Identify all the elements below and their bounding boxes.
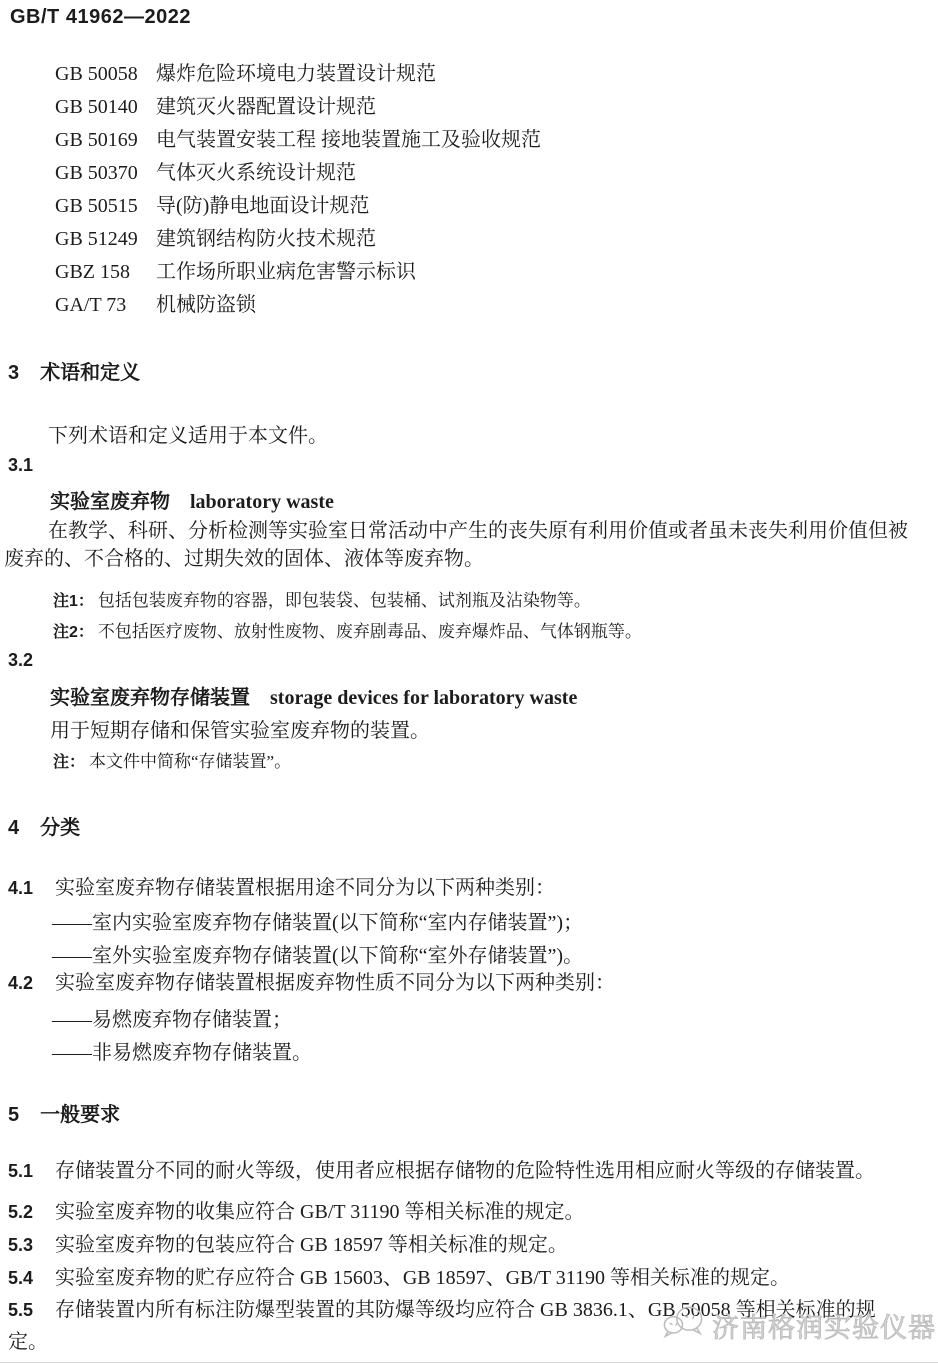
section-number: 3	[8, 362, 19, 385]
clause-number: 5.1	[8, 1161, 33, 1181]
list-item-flammable: ——易燃废弃物存储装置；	[52, 1003, 292, 1032]
reference-row: GA/T 73 机械防盗锁	[55, 289, 541, 322]
reference-code: GB 51249	[55, 223, 151, 256]
term-heading-3-2: 实验室废弃物存储装置storage devices for laboratory…	[50, 681, 577, 710]
reference-title: 导(防)静电地面设计规范	[156, 195, 369, 217]
reference-code: GA/T 73	[55, 289, 151, 322]
term-en: laboratory waste	[190, 491, 334, 513]
reference-title: 气体灭火系统设计规范	[156, 162, 356, 184]
normative-references-list: GB 50058 爆炸危险环境电力装置设计规范 GB 50140 建筑灭火器配置…	[55, 58, 541, 322]
reference-code: GBZ 158	[55, 256, 151, 289]
list-item-outdoor: ——室外实验室废弃物存储装置(以下简称“室外存储装置”)。	[52, 939, 583, 968]
reference-row: GB 50370 气体灭火系统设计规范	[55, 157, 541, 190]
section-number: 5	[8, 1104, 19, 1127]
term-zh: 实验室废弃物	[50, 491, 170, 513]
clause-5-2: 5.2实验室废弃物的收集应符合 GB/T 31190 等相关标准的规定。	[8, 1196, 930, 1228]
clause-text: 存储装置分不同的耐火等级，使用者应根据存储物的危险特性选用相应耐火等级的存储装置…	[55, 1160, 875, 1182]
reference-title: 建筑钢结构防火技术规范	[156, 228, 376, 250]
clause-5-3: 5.3实验室废弃物的包装应符合 GB 18597 等相关标准的规定。	[8, 1229, 930, 1261]
reference-code: GB 50515	[55, 190, 151, 223]
reference-row: GB 50515 导(防)静电地面设计规范	[55, 190, 541, 223]
note-2: 注2：不包括医疗废物、放射性废物、废弃剧毒品、废弃爆炸品、气体钢瓶等。	[53, 617, 642, 642]
term-definition-3-1: 在教学、科研、分析检测等实验室日常活动中产生的丧失原有利用价值或者虽未丧失利用价…	[4, 517, 914, 573]
clause-number: 5.2	[8, 1202, 33, 1222]
clause-text: 实验室废弃物的收集应符合 GB/T 31190 等相关标准的规定。	[55, 1201, 584, 1223]
note-label: 注2：	[53, 624, 94, 641]
section-number: 4	[8, 817, 19, 840]
clause-text: 实验室废弃物的包装应符合 GB 18597 等相关标准的规定。	[55, 1234, 568, 1256]
reference-title: 电气装置安装工程 接地装置施工及验收规范	[156, 129, 541, 151]
note-label: 注：	[53, 754, 85, 771]
watermark-text: 济南格润实验仪器	[712, 1306, 936, 1345]
term-en: storage devices for laboratory waste	[270, 687, 577, 709]
section-title: 术语和定义	[40, 362, 140, 384]
section-heading-classification: 4分类	[8, 811, 80, 840]
term-heading-3-1: 实验室废弃物laboratory waste	[50, 485, 334, 514]
note-1: 注1：包括包装废弃物的容器，即包装袋、包装桶、试剂瓶及沾染物等。	[53, 586, 591, 611]
note-text: 包括包装废弃物的容器，即包装袋、包装桶、试剂瓶及沾染物等。	[98, 591, 591, 610]
terms-intro-paragraph: 下列术语和定义适用于本文件。	[48, 419, 328, 448]
reference-title: 机械防盗锁	[156, 294, 256, 316]
reference-row: GB 51249 建筑钢结构防火技术规范	[55, 223, 541, 256]
clause-number: 4.1	[8, 878, 33, 898]
reference-row: GB 50058 爆炸危险环境电力装置设计规范	[55, 58, 541, 91]
note-label: 注1：	[53, 593, 94, 610]
watermark: 济南格润实验仪器	[660, 1301, 936, 1349]
note-text: 本文件中简称“存储装置”。	[89, 752, 291, 771]
section-heading-terms: 3术语和定义	[8, 356, 140, 385]
clause-5-4: 5.4实验室废弃物的贮存应符合 GB 15603、GB 18597、GB/T 3…	[8, 1262, 930, 1294]
clause-number: 5.4	[8, 1268, 33, 1288]
term-definition-3-2: 用于短期存储和保管实验室废弃物的装置。	[50, 714, 430, 743]
note-3: 注：本文件中简称“存储装置”。	[53, 747, 291, 772]
note-text: 不包括医疗废物、放射性废物、废弃剧毒品、废弃爆炸品、气体钢瓶等。	[98, 622, 642, 641]
standard-number-header: GB/T 41962—2022	[10, 6, 191, 29]
term-number-3-2: 3.2	[8, 650, 33, 671]
term-number-3-1: 3.1	[8, 455, 33, 476]
clause-number: 5.5	[8, 1300, 33, 1320]
section-title: 分类	[40, 817, 80, 839]
section-heading-general-requirements: 5一般要求	[8, 1098, 120, 1127]
clause-4-1: 4.1实验室废弃物存储装置根据用途不同分为以下两种类别：	[8, 872, 930, 904]
reference-row: GBZ 158 工作场所职业病危害警示标识	[55, 256, 541, 289]
reference-title: 爆炸危险环境电力装置设计规范	[156, 63, 436, 85]
clause-number: 4.2	[8, 973, 33, 993]
reference-title: 建筑灭火器配置设计规范	[156, 96, 376, 118]
clause-text: 实验室废弃物存储装置根据用途不同分为以下两种类别：	[55, 877, 555, 899]
reference-title: 工作场所职业病危害警示标识	[156, 261, 416, 283]
list-item-nonflammable: ——非易燃废弃物存储装置。	[52, 1036, 312, 1065]
clause-number: 5.3	[8, 1235, 33, 1255]
reference-code: GB 50058	[55, 58, 151, 91]
clause-text: 实验室废弃物存储装置根据废弃物性质不同分为以下两种类别：	[55, 972, 615, 994]
section-title: 一般要求	[40, 1104, 120, 1126]
clause-5-1: 5.1存储装置分不同的耐火等级，使用者应根据存储物的危险特性选用相应耐火等级的存…	[8, 1155, 930, 1187]
reference-row: GB 50169 电气装置安装工程 接地装置施工及验收规范	[55, 124, 541, 157]
term-zh: 实验室废弃物存储装置	[50, 687, 250, 709]
wechat-icon	[660, 1301, 706, 1349]
reference-code: GB 50140	[55, 91, 151, 124]
reference-row: GB 50140 建筑灭火器配置设计规范	[55, 91, 541, 124]
reference-code: GB 50169	[55, 124, 151, 157]
reference-code: GB 50370	[55, 157, 151, 190]
clause-4-2: 4.2实验室废弃物存储装置根据废弃物性质不同分为以下两种类别：	[8, 967, 930, 999]
clause-text: 实验室废弃物的贮存应符合 GB 15603、GB 18597、GB/T 3119…	[55, 1267, 790, 1289]
document-page: GB/T 41962—2022 GB 50058 爆炸危险环境电力装置设计规范 …	[0, 0, 938, 1363]
list-item-indoor: ——室内实验室废弃物存储装置(以下简称“室内存储装置”)；	[52, 906, 583, 935]
